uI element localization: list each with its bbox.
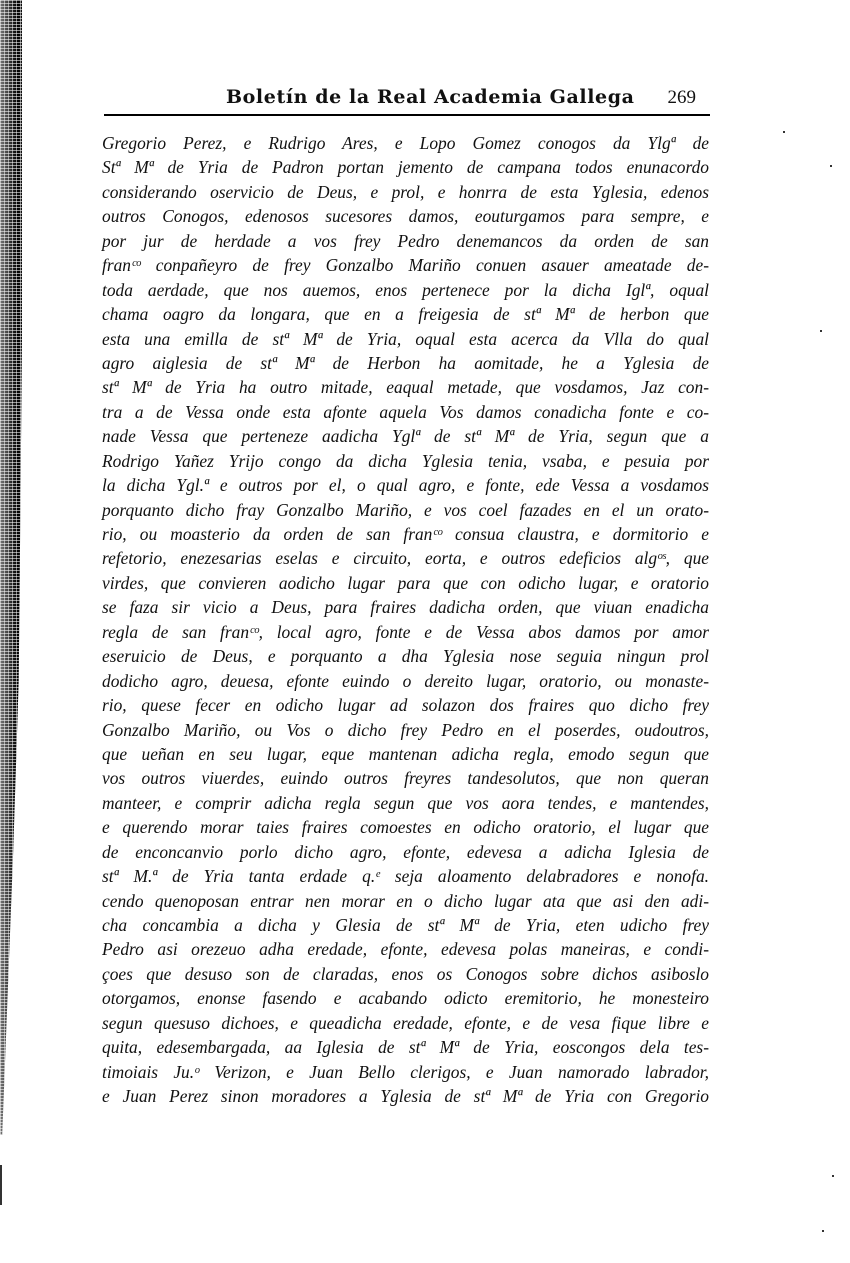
text-line: çoes que desuso son de claradas, enos os… [102, 962, 709, 986]
text-line: cha concambia a dicha y Glesia de stª Mª… [102, 913, 709, 937]
text-line: de enconcanvio porlo dicho agro, efonte,… [102, 840, 709, 864]
text-line: dodicho agro, deuesa, efonte euindo o de… [102, 669, 709, 693]
text-line: porquanto dicho fray Gonzalbo Mariño, e … [102, 498, 709, 522]
text-line: Gonzalbo Mariño, ou Vos o dicho frey Ped… [102, 718, 709, 742]
scan-binding-mark [0, 1165, 2, 1205]
scan-speck [822, 1230, 824, 1232]
header-rule [104, 114, 710, 116]
text-line: refetorio, enezesarias eselas e circuito… [102, 546, 709, 570]
text-line: agro aiglesia de stª Mª de Herbon ha aom… [102, 351, 709, 375]
page-number: 269 [668, 87, 697, 109]
text-line: quita, edesembargada, aa Iglesia de stª … [102, 1035, 709, 1059]
text-line: stª Mª de Yria ha outro mitade, eaqual m… [102, 375, 709, 399]
running-title: Boletín de la Real Academia Gallega [226, 86, 635, 108]
text-line: rio, ou moasterio da orden de san franᶜᵒ… [102, 522, 709, 546]
text-line: rio, quese fecer en odicho lugar ad sola… [102, 693, 709, 717]
scan-speck [820, 330, 822, 332]
text-line: e querendo morar taies fraires comoestes… [102, 815, 709, 839]
text-line: chama oagro da longara, que en a freiges… [102, 302, 709, 326]
text-line: timoiais Ju.ᵒ Verizon, e Juan Bello cler… [102, 1060, 709, 1084]
body-text: Gregorio Perez, e Rudrigo Ares, e Lopo G… [102, 131, 709, 1109]
page-header: Boletín de la Real Academia Gallega 269 [104, 84, 710, 114]
text-line: franᶜᵒ conpañeyro de frey Gonzalbo Mariñ… [102, 253, 709, 277]
scan-binding-edge [0, 0, 22, 1135]
text-line: esta una emilla de stª Mª de Yria, oqual… [102, 327, 709, 351]
text-line: e Juan Perez sinon moradores a Yglesia d… [102, 1084, 709, 1108]
text-line: que ueñan en seu lugar, eque mantenan ad… [102, 742, 709, 766]
text-line: manteer, e comprir adicha regla segun qu… [102, 791, 709, 815]
text-line: toda aerdade, que nos auemos, enos perte… [102, 278, 709, 302]
text-line: vos outros viuerdes, euindo outros freyr… [102, 766, 709, 790]
text-line: nade Vessa que perteneze aadicha Yglª de… [102, 424, 709, 448]
text-line: Gregorio Perez, e Rudrigo Ares, e Lopo G… [102, 131, 709, 155]
text-line: Rodrigo Yañez Yrijo congo da dicha Ygles… [102, 449, 709, 473]
text-line: virdes, que convieren aodicho lugar para… [102, 571, 709, 595]
text-line: Stª Mª de Yria de Padron portan jemento … [102, 155, 709, 179]
text-line: tra a de Vessa onde esta afonte aquela V… [102, 400, 709, 424]
text-line: eseruicio de Deus, e porquanto a dha Ygl… [102, 644, 709, 668]
text-line: considerando oservicio de Deus, e prol, … [102, 180, 709, 204]
text-line: la dicha Ygl.ª e outros por el, o qual a… [102, 473, 709, 497]
text-line: otorgamos, enonse fasendo e acabando odi… [102, 986, 709, 1010]
scan-speck [783, 131, 785, 133]
scan-speck [830, 165, 832, 167]
text-line: Pedro asi orezeuo adha eredade, efonte, … [102, 937, 709, 961]
scan-speck [832, 1175, 834, 1177]
text-line: regla de san franᶜᵒ, local agro, fonte e… [102, 620, 709, 644]
text-line: se faza sir vicio a Deus, para fraires d… [102, 595, 709, 619]
text-line: segun quesuso dichoes, e queadicha ereda… [102, 1011, 709, 1035]
text-line: cendo quenoposan entrar nen morar en o d… [102, 889, 709, 913]
text-line: stª M.ª de Yria tanta erdade q.ᵉ seja al… [102, 864, 709, 888]
text-line: outros Conogos, edenosos sucesores damos… [102, 204, 709, 228]
text-line: por jur de herdade a vos frey Pedro dene… [102, 229, 709, 253]
